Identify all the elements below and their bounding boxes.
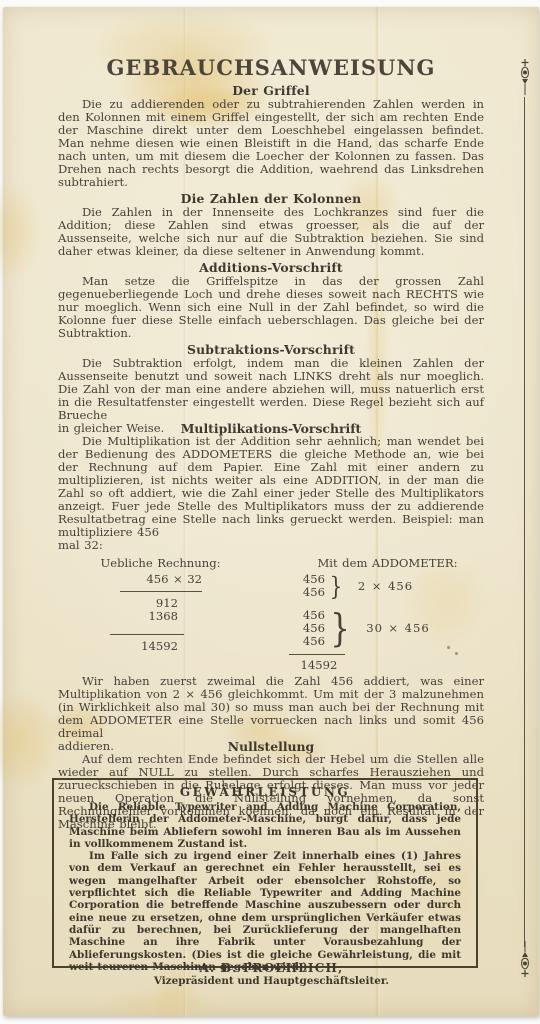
calc-group-1: 456 456 } 2 × 456 (291, 573, 484, 599)
paragraph-kolonnen: Die Zahlen in der Innenseite des Lochkra… (58, 206, 484, 258)
instruction-text: GEBRAUCHSANWEISUNG Der Griffel Die zu ad… (58, 55, 484, 831)
calc-usual-method: Uebliche Rechnung: 456 × 32 912 1368 145… (58, 557, 263, 672)
section-heading-kolonnen: Die Zahlen der Kolonnen (58, 192, 484, 206)
stain (0, 182, 41, 282)
sum-line (110, 634, 184, 635)
brace-icon: } (330, 622, 349, 635)
shared-line: mal 32: (58, 539, 484, 552)
calc-addend: 456 (291, 586, 325, 599)
calc-expression: 456 × 32 (98, 573, 202, 586)
shared-line: in gleicher Weise. Multiplikations-Vorsc… (58, 422, 484, 435)
calc-partial-product: 1368 (98, 610, 178, 623)
calc-right-heading: Mit dem ADDOMETER: (291, 557, 484, 570)
section-heading-multiplikation: Multiplikations-Vorschrift (58, 422, 484, 435)
calc-addometer-method: Mit dem ADDOMETER: 456 456 } 2 × 456 456… (263, 557, 484, 672)
calc-left-heading: Uebliche Rechnung: (58, 557, 263, 570)
warranty-heading: GEWÄHRLEISTUNG (69, 785, 461, 799)
page-title: GEBRAUCHSANWEISUNG (58, 55, 484, 81)
stain (0, 690, 59, 790)
shared-line: addieren. Nullstellung (58, 740, 484, 753)
brace-icon: } (330, 580, 343, 593)
warranty-box: GEWÄHRLEISTUNG Die Reliable Typewriter a… (52, 778, 478, 968)
warranty-paragraph-1: Die Reliable Typewriter and Adding Machi… (69, 801, 461, 850)
section-heading-griffel: Der Griffel (58, 84, 484, 98)
paragraph-result: Wir haben zuerst zweimal die Zahl 456 ad… (58, 675, 484, 740)
paragraph-addition: Man setze die Griffelspitze in das der g… (58, 275, 484, 340)
paragraph-multiplikation-lastline: mal 32: (58, 539, 103, 552)
calc-group-2: 456 456 456 } 30 × 456 (291, 609, 484, 648)
finial-ornament-top-icon (518, 59, 532, 95)
stain (93, 988, 223, 1020)
calculation-example: Uebliche Rechnung: 456 × 32 912 1368 145… (58, 557, 484, 672)
calc-addend: 456 (291, 635, 325, 648)
signature-title: Vizepräsident und Hauptgeschäftsleiter. (154, 975, 389, 987)
calc-group-label: 2 × 456 (358, 580, 413, 593)
calc-group-label: 30 × 456 (366, 622, 430, 635)
paragraph-multiplikation: Die Multiplikation ist der Addition sehr… (58, 435, 484, 539)
section-heading-nullstellung: Nullstellung (58, 740, 484, 753)
paragraph-subtraktion: Die Subtraktion erfolgt, indem man die k… (58, 357, 484, 422)
document-page: GEBRAUCHSANWEISUNG Der Griffel Die zu ad… (3, 7, 539, 1016)
section-heading-subtraktion: Subtraktions-Vorschrift (58, 343, 484, 357)
calc-total: 14592 (98, 640, 178, 653)
section-heading-addition: Additions-Vorschrift (58, 261, 484, 275)
sum-line (289, 654, 345, 655)
decorative-rule (524, 97, 525, 947)
paragraph-griffel: Die zu addierenden oder zu subtrahierend… (58, 98, 484, 189)
finial-ornament-bottom-icon (518, 941, 532, 977)
calc-total: 14592 (291, 659, 347, 672)
warranty-paragraph-2: Im Falle sich zu irgend einer Zeit inner… (69, 850, 461, 973)
sum-line (120, 591, 202, 592)
